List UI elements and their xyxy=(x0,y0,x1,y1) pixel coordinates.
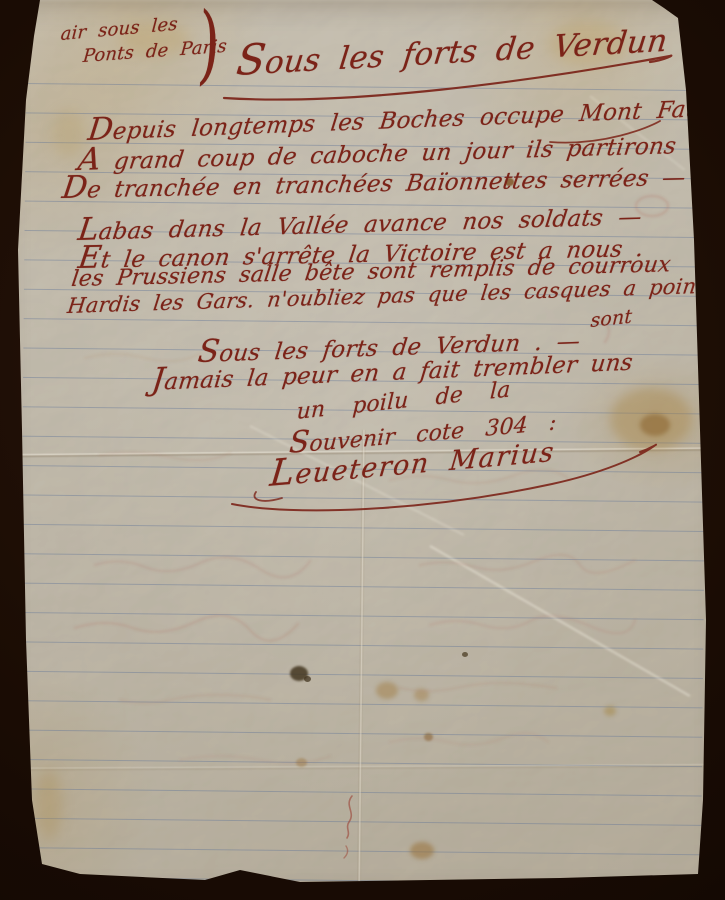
stain xyxy=(376,682,398,699)
stain xyxy=(424,733,433,741)
stray-ink-squiggle xyxy=(330,790,390,880)
stain xyxy=(36,770,62,840)
verse2-hanging-word: sont xyxy=(590,305,633,332)
horizontal-fold-crease-lower xyxy=(22,764,707,771)
diagonal-crease xyxy=(430,545,691,697)
stain xyxy=(410,842,434,859)
stain xyxy=(462,652,468,657)
photograph-of-letter: air sous les Ponts de Paris ) Sous les f… xyxy=(0,0,725,900)
stain xyxy=(414,689,429,701)
annotation-bracket: ) xyxy=(196,4,222,87)
vertical-fold-crease xyxy=(358,430,366,884)
stain xyxy=(610,388,692,450)
stain xyxy=(604,706,616,716)
song-title: Sous les forts de Verdun xyxy=(234,12,671,85)
stain xyxy=(304,676,311,682)
stain xyxy=(296,758,307,767)
stain xyxy=(640,414,670,436)
stain xyxy=(290,666,308,681)
letter-page: air sous les Ponts de Paris ) Sous les f… xyxy=(0,0,725,900)
